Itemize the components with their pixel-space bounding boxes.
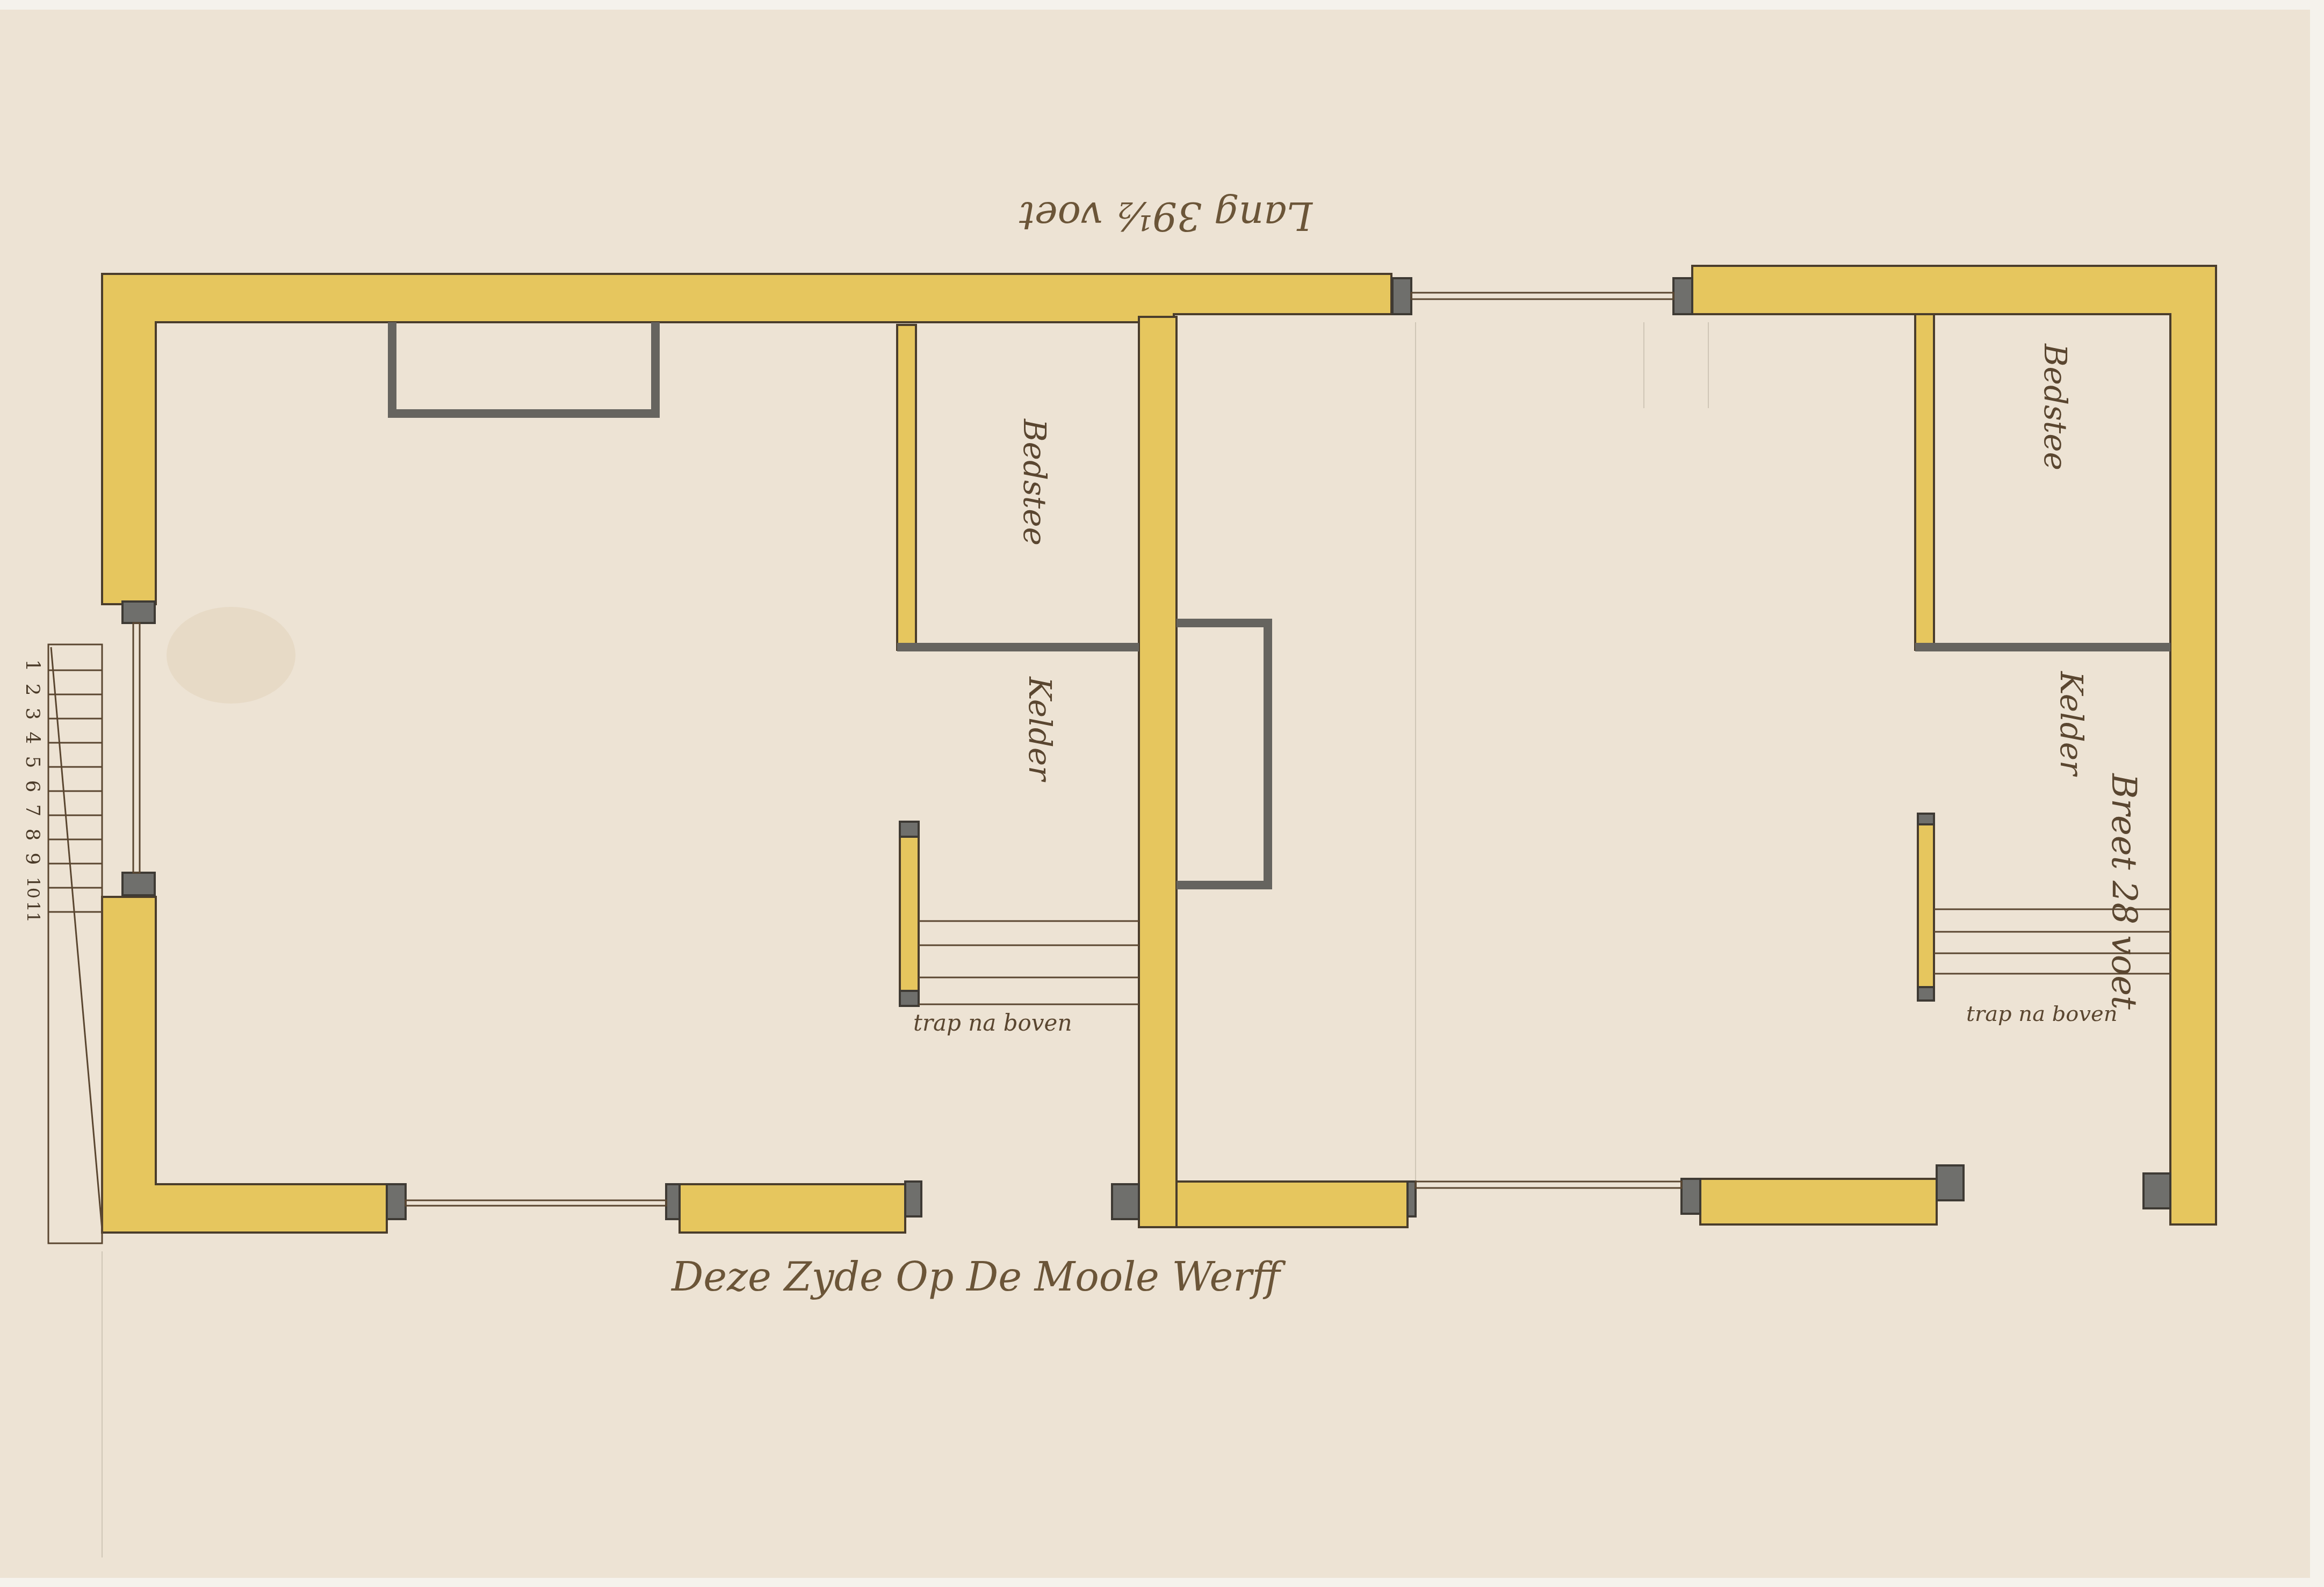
stain [167, 607, 295, 704]
room-label-right-bedstee: Bedstee [2037, 344, 2074, 470]
scale-label: 8 [19, 829, 44, 850]
bottom-caption: Deze Zyde Op De Moole Werff [672, 1254, 1450, 1300]
scale-label: 5 [19, 756, 44, 778]
room-label-left-kelder: Kelder [1022, 677, 1058, 781]
room-label-right-kelder: Kelder [2053, 671, 2090, 776]
stairs-label-left: trap na boven [913, 1010, 1072, 1036]
scale-label: 11 [19, 901, 44, 923]
scale-label: 9 [19, 853, 44, 874]
scale-label: 3 [19, 708, 44, 729]
scale-label: 7 [19, 805, 44, 826]
scale-label: 4 [19, 732, 44, 753]
stairs-label-right: trap na boven [1966, 1002, 2117, 1026]
scale-label: 2 [19, 684, 44, 705]
scale-label: 6 [19, 780, 44, 802]
floor-plan-sheet: Lang 39½ voet Breet 28 voet Deze Zyde Op… [0, 0, 2324, 1587]
scale-labels: 1 2 3 4 5 6 7 8 9 10 11 [20, 658, 42, 924]
room-label-left-bedstee: Bedstee [1016, 419, 1053, 546]
length-annotation: Lang 39½ voet [1010, 193, 1322, 238]
width-annotation: Breet 28 voet [2104, 752, 2143, 1031]
scale-label: 10 [19, 877, 44, 898]
scale-label: 1 [19, 660, 44, 681]
